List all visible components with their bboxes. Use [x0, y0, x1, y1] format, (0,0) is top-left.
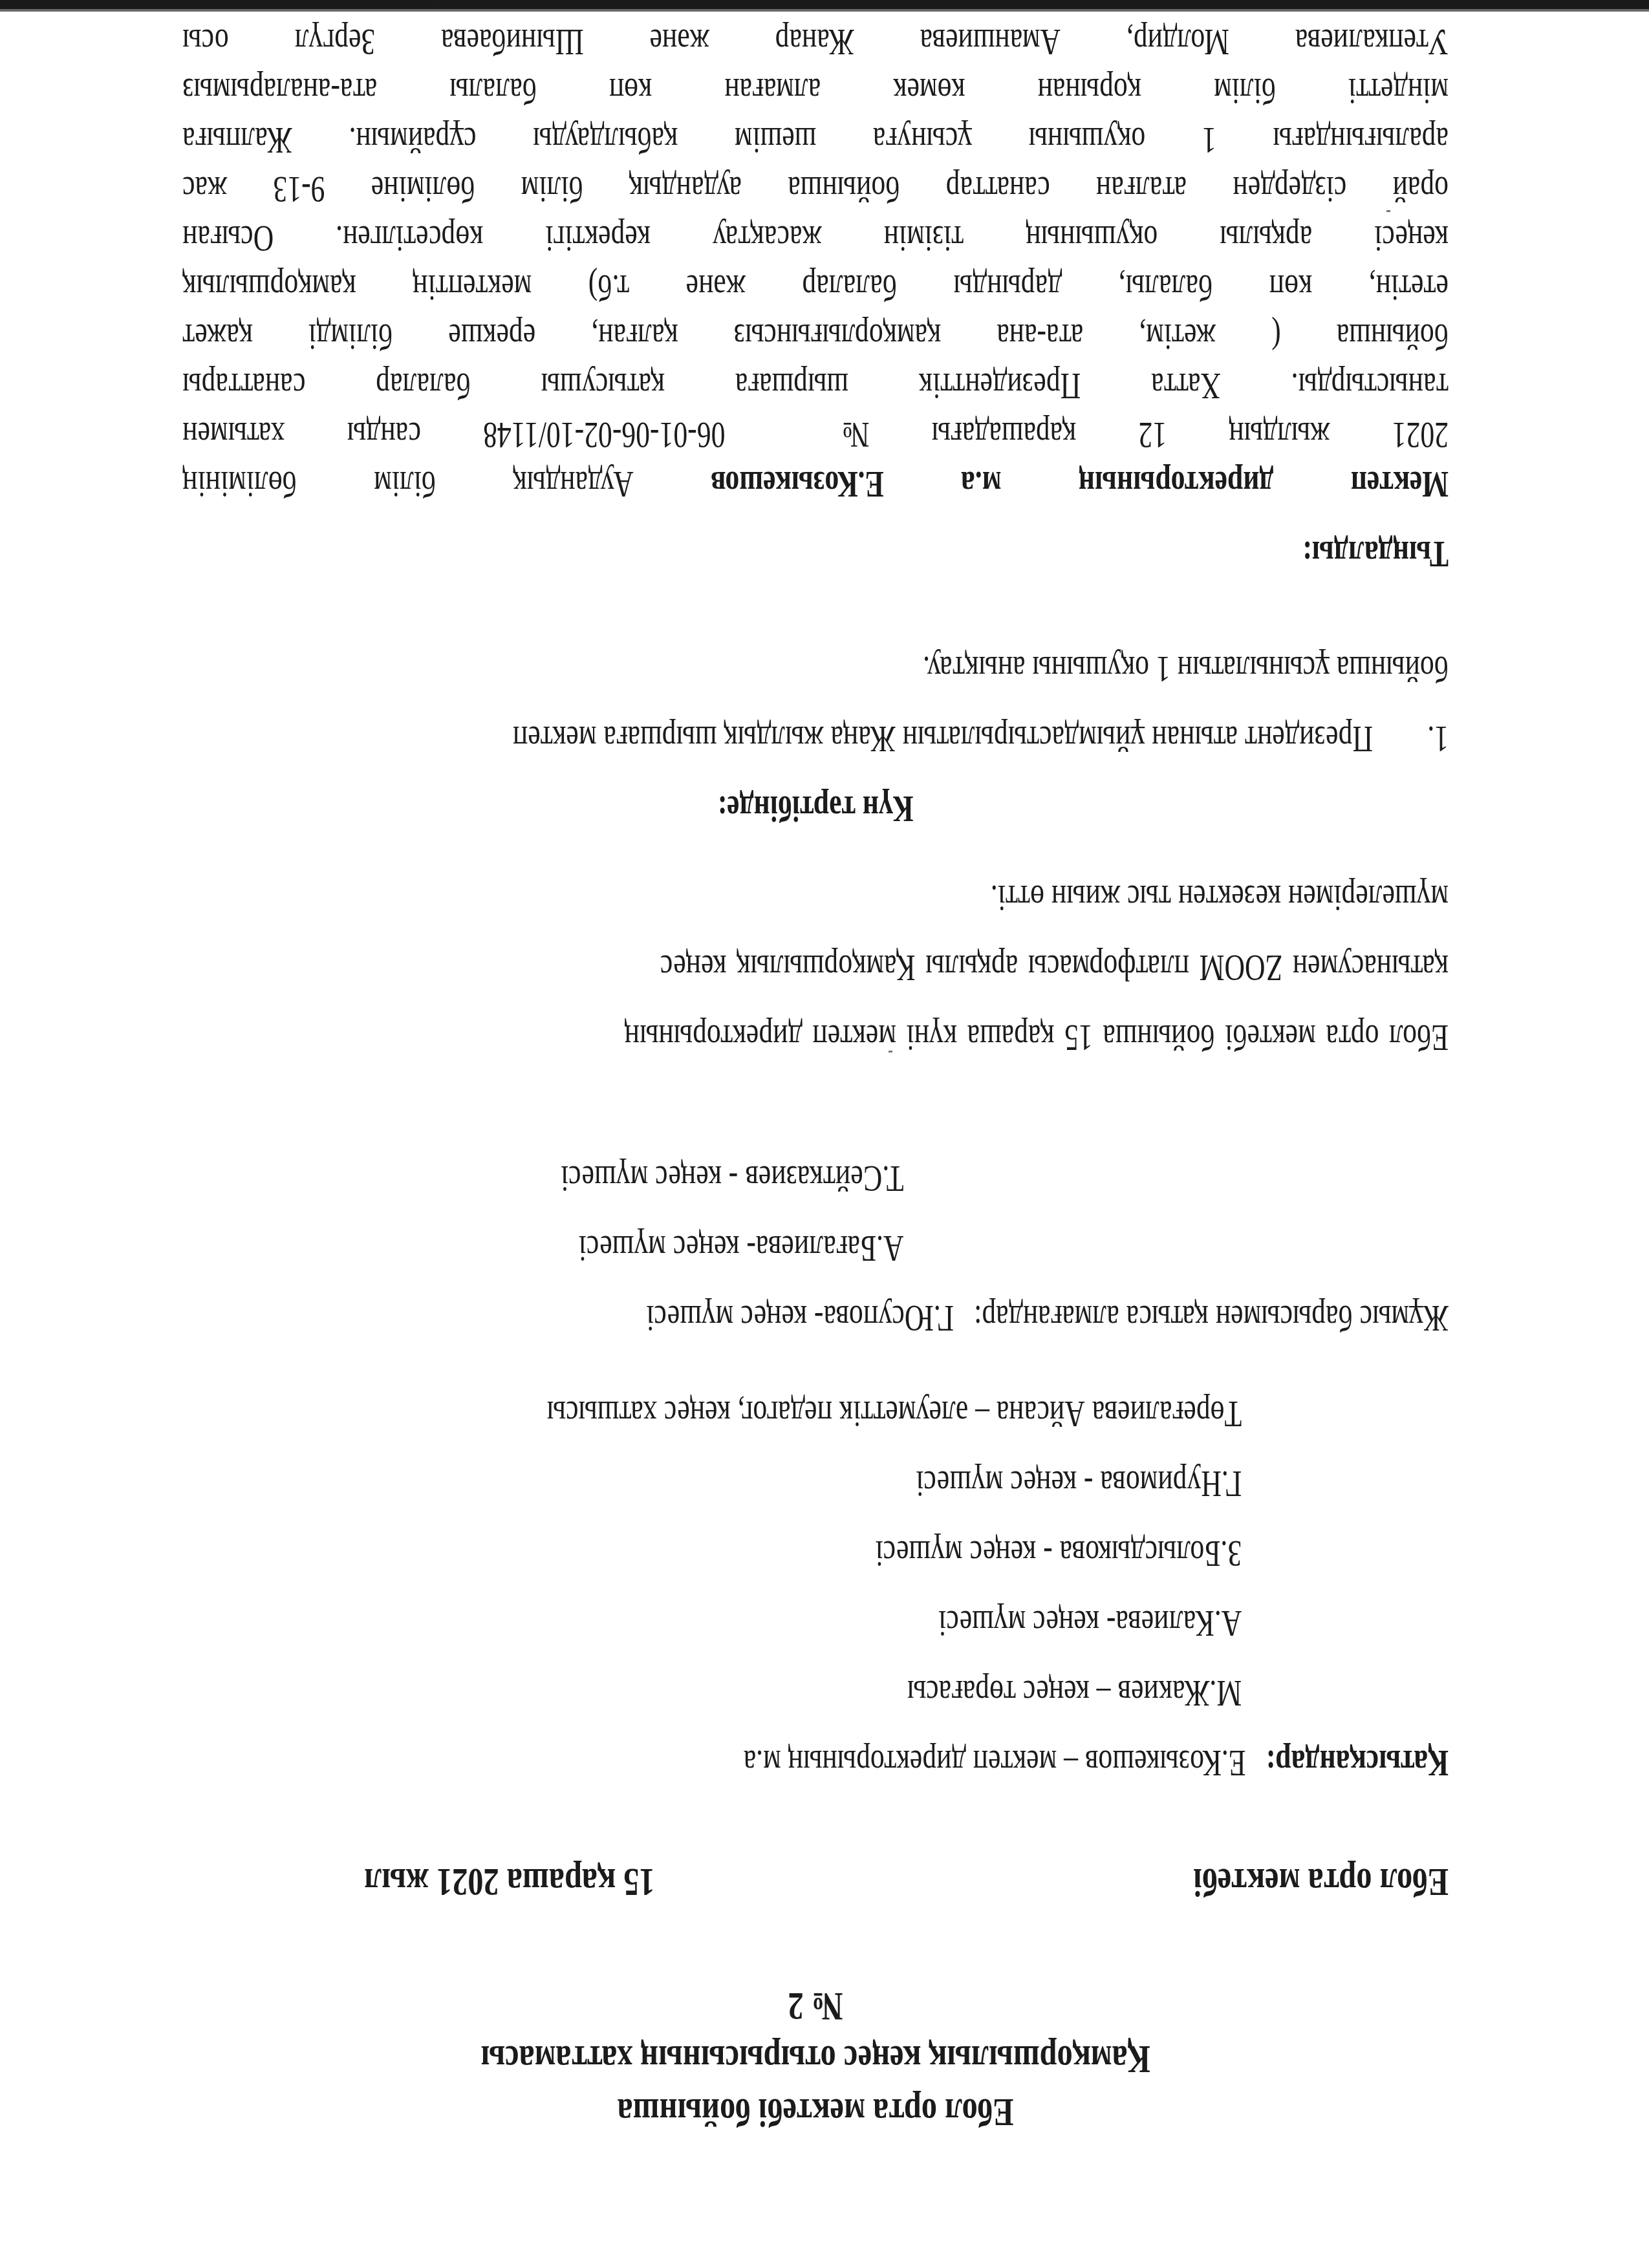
remote-label: Жұмыс барысымен қатыса алмағандар: [974, 1296, 1449, 1340]
document-body: Ебол орта мектебі бойынша Қамқоршылық ке… [182, 0, 1449, 2139]
attendees-chair: Е.Козыкешов – мектеп директорының м.а [744, 1740, 1246, 1784]
agenda-item: 1. Президент атынан ұйымдастырылатын Жаң… [182, 716, 1449, 760]
intro-line: қатынасумен ZOOM платформасы арқылы Қамқ… [182, 945, 1449, 989]
agenda-item-text: бойынша ұсынылатын 1 оқушыны анықтау. [182, 647, 1449, 690]
agenda-item-number: 1. [1373, 716, 1449, 760]
agenda-heading: Күн тәртібінде: [182, 786, 1449, 830]
heard-line: 2021 жылдың 12 қарашадағы № 06-01-06-02-… [182, 412, 1449, 456]
agenda-item-text: Президент атынан ұйымдастырылатын Жаңа ж… [513, 716, 1373, 760]
intro-line: мүшелерімен кезектен тыс жиын өтті. [182, 875, 1449, 919]
attendee-member: Г.Нуримова - кеңес мүшесі [182, 1461, 1242, 1505]
meta-place: Ебол орта мектебі [1193, 1856, 1449, 1909]
remote-member: Т.Сейтказиев - кеңес мүшесі [182, 1156, 903, 1200]
attendee-member: М.Жакиев – кеңес төрағасы [182, 1671, 1242, 1715]
meta-date: 15 қараша 2021 жыл [364, 1856, 654, 1909]
intro-paragraph: Ебол орта мектебі бойынша 15 қараша күні… [182, 875, 1449, 1059]
document-page: Ебол орта мектебі бойынша Қамқоршылық ке… [0, 0, 1649, 2268]
header-title: Қамқоршылық кеңес отырысының хаттамасы [182, 2033, 1449, 2086]
heard-line: міндетті білім қорынан көмек алмаған көп… [182, 69, 1449, 112]
attendee-member: А.Калиева- кеңес мүшесі [182, 1601, 1242, 1645]
attendees-row: Қатысқандар: Е.Козыкешов – мектеп директ… [182, 1740, 1449, 1784]
meta-row: Ебол орта мектебі 15 қараша 2021 жыл [364, 1856, 1449, 1909]
attendee-member: З.Болысдыкова - кеңес мүшесі [182, 1531, 1242, 1575]
remote-member: Г.Юсупова- кеңес мүшесі [646, 1296, 954, 1340]
scan-speck [455, 29, 459, 31]
remote-member: А.Бағалиева- кеңес мүшесі [182, 1226, 903, 1270]
speaker-name: Мектеп директорының м.а Е.Козыкешов [711, 464, 1449, 504]
heard-line: кеңесі арқылы оқушының тізімін жасақтау … [182, 216, 1449, 260]
intro-line: Ебол орта мектебі бойынша 15 қараша күні… [182, 1015, 1449, 1059]
attendees-list: М.Жакиев – кеңес төрағасыА.Калиева- кеңе… [182, 1391, 1449, 1715]
heard-line: таныстырды. Хатта Президенттік шыршаға қ… [182, 363, 1449, 407]
protocol-number: № 2 [182, 1980, 1449, 2033]
heard-line: Утепкалиева Молдир, Аманшиева Жанар және… [182, 19, 1449, 63]
scan-speck [889, 1051, 892, 1053]
heard-heading: Тыңдалды: [182, 531, 1449, 575]
heard-line: Мектеп директорының м.а Е.Козыкешов Ауда… [182, 462, 1449, 506]
heard-line: ететін, көп балалы, дарынды балалар және… [182, 265, 1449, 309]
heard-line: орай сіздерден аталған санаттар бойынша … [182, 167, 1449, 211]
attendee-member: Төреғалиева Айсана – әлеуметтік педагог,… [182, 1391, 1242, 1435]
heard-line: отбасыларды саралайық. Аманшиева Жанарды… [182, 0, 1449, 14]
heard-line: аралығындағы 1 оқушыны ұсынуға шешім қаб… [182, 118, 1449, 162]
remote-list: А.Бағалиева- кеңес мүшесіТ.Сейтказиев - … [182, 1156, 903, 1270]
heard-paragraph: Мектеп директорының м.а Е.Козыкешов Ауда… [182, 0, 1449, 506]
attendees-label: Қатысқандар: [1266, 1740, 1449, 1784]
heard-line: бойынша ( жетім, ата-ана қамқорлығынсыз … [182, 314, 1449, 358]
scan-speck [1386, 210, 1390, 212]
header-school: Ебол орта мектебі бойынша [182, 2086, 1449, 2139]
remote-row: Жұмыс барысымен қатыса алмағандар: Г.Юсу… [182, 1296, 1449, 1340]
